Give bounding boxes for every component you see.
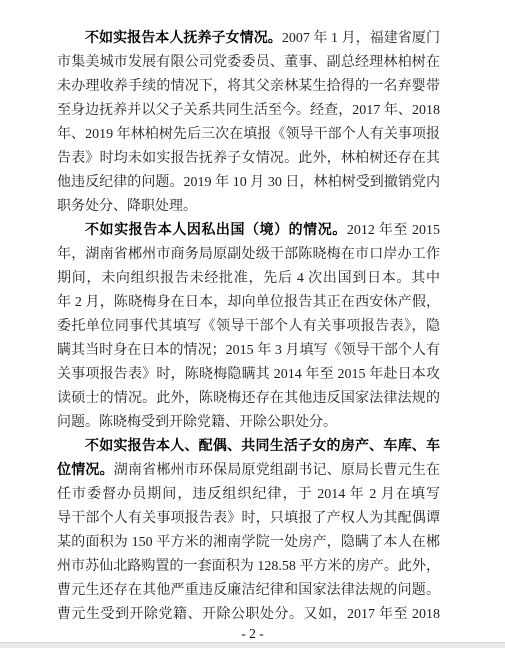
body-text: 任市委督办员期间，违反组织纪律，于 2014 年 2 月在填写《领: [57, 487, 440, 507]
text-line: 至身边抚养并以父子关系共同生活至今。经查，2017 年、2018: [57, 99, 440, 123]
text-line: 委托单位同事代其填写《领导干部个人有关事项报告表》，隐: [57, 315, 440, 339]
body-text: 年 2 月，陈晓梅身在日本，却向单位报告其正在西安休产假，: [57, 295, 440, 310]
body-text: 职务处分、降职处理。: [57, 199, 197, 214]
body-text: 至身边抚养并以父子关系共同生活至今。经查，2017 年、2018: [57, 103, 440, 118]
body-text: 他违反纪律的问题。2019 年 10 月 30 日，林柏树受到撤销党内: [57, 175, 440, 190]
text-line: 问题。陈晓梅受到开除党籍、开除公职处分。: [57, 411, 440, 435]
text-line: 告表》时均未如实报告抚养子女情况。此外，林柏树还存在其: [57, 147, 440, 171]
body-text: 委托单位同事代其填写《领导干部个人有关事项报告表》，隐: [57, 319, 440, 334]
paragraph-2: 不如实报告本人因私出国（境）的情况。2012 年至 2015年，湖南省郴州市商务…: [57, 219, 440, 435]
body-text: 年，湖南省郴州市商务局原副处级干部陈晓梅在市口岸办工作: [57, 247, 440, 262]
text-line: 某的面积为 150 平方米的湘南学院一处房产，隐瞒了本人在郴: [57, 531, 440, 555]
body-text: 曹元生受到开除党籍、开除公职处分。又如，2017 年至 2018: [57, 607, 440, 622]
body-text: 市集美城市发展有限公司党委委员、董事、副总经理林柏树在: [57, 55, 440, 70]
body-text: 2012 年至 2015: [347, 223, 440, 238]
text-line: 读硕士的情况。此外，陈晓梅还存在其他违反国家法律法规的: [57, 387, 440, 411]
text-line: 曹元生受到开除党籍、开除公职处分。又如，2017 年至 2018: [57, 603, 440, 627]
body-text: 湖南省郴州市环保局原党组副书记、原局长曹元生在: [114, 463, 440, 478]
text-line: 不如实报告本人抚养子女情况。2007 年 1 月，福建省厦门: [57, 27, 440, 51]
text-line: 瞒其当时身在日本的情况；2015 年 3 月填写《领导干部个人有: [57, 339, 440, 363]
viewer-bottom-edge: [0, 642, 505, 648]
body-text: 2007 年 1 月，福建省厦门: [282, 31, 440, 46]
body-text: 未办理收养手续的情况下，将其父亲林某生拾得的一名弃婴带: [57, 79, 440, 94]
text-line: 导干部个人有关事项报告表》时，只填报了产权人为其配偶谭: [57, 507, 440, 531]
body-text: 州市苏仙北路购置的一套面积为 128.58 平方米的房产。此外，: [57, 559, 440, 574]
page-number: - 2 -: [0, 626, 505, 642]
text-line: 他违反纪律的问题。2019 年 10 月 30 日，林柏树受到撤销党内: [57, 171, 440, 195]
bold-lead-text: 位情况。: [57, 463, 114, 478]
text-line: 任市委督办员期间，违反组织纪律，于 2014 年 2 月在填写《领: [57, 483, 440, 507]
bold-lead-text: 不如实报告本人因私出国（境）的情况。: [85, 223, 347, 238]
body-text: 读硕士的情况。此外，陈晓梅还存在其他违反国家法律法规的: [57, 391, 440, 406]
body-text: 问题。陈晓梅受到开除党籍、开除公职处分。: [57, 415, 337, 430]
text-line: 年，湖南省郴州市商务局原副处级干部陈晓梅在市口岸办工作: [57, 243, 440, 267]
text-line: 不如实报告本人因私出国（境）的情况。2012 年至 2015: [57, 219, 440, 243]
body-text: 告表》时均未如实报告抚养子女情况。此外，林柏树还存在其: [57, 151, 440, 166]
body-text: 年、2019 年林柏树先后三次在填报《领导干部个人有关事项报: [57, 127, 440, 142]
text-line: 未办理收养手续的情况下，将其父亲林某生拾得的一名弃婴带: [57, 75, 440, 99]
paragraph-3: 不如实报告本人、配偶、共同生活子女的房产、车库、车位情况。湖南省郴州市环保局原党…: [57, 435, 440, 627]
text-line: 期间，未向组织报告未经批准，先后 4 次出国到日本。其中 2014: [57, 267, 440, 291]
bold-lead-text: 不如实报告本人、配偶、共同生活子女的房产、车库、车: [85, 439, 440, 454]
body-text: 曹元生还存在其他严重违反廉洁纪律和国家法律法规的问题。: [57, 583, 440, 598]
body-text: 期间，未向组织报告未经批准，先后 4 次出国到日本。其中 2014: [57, 271, 440, 291]
document-body: 不如实报告本人抚养子女情况。2007 年 1 月，福建省厦门市集美城市发展有限公…: [57, 27, 440, 627]
body-text: 瞒其当时身在日本的情况；2015 年 3 月填写《领导干部个人有: [57, 343, 440, 358]
text-line: 位情况。湖南省郴州市环保局原党组副书记、原局长曹元生在: [57, 459, 440, 483]
bold-lead-text: 不如实报告本人抚养子女情况。: [85, 31, 282, 46]
text-line: 年、2019 年林柏树先后三次在填报《领导干部个人有关事项报: [57, 123, 440, 147]
text-line: 曹元生还存在其他严重违反廉洁纪律和国家法律法规的问题。: [57, 579, 440, 603]
paragraph-1: 不如实报告本人抚养子女情况。2007 年 1 月，福建省厦门市集美城市发展有限公…: [57, 27, 440, 219]
text-line: 不如实报告本人、配偶、共同生活子女的房产、车库、车: [57, 435, 440, 459]
body-text: 导干部个人有关事项报告表》时，只填报了产权人为其配偶谭: [57, 511, 440, 526]
body-text: 关事项报告表》时，陈晓梅隐瞒其 2014 年至 2015 年赴日本攻: [57, 367, 440, 382]
text-line: 关事项报告表》时，陈晓梅隐瞒其 2014 年至 2015 年赴日本攻: [57, 363, 440, 387]
body-text: 某的面积为 150 平方米的湘南学院一处房产，隐瞒了本人在郴: [57, 535, 440, 550]
text-line: 市集美城市发展有限公司党委委员、董事、副总经理林柏树在: [57, 51, 440, 75]
text-line: 州市苏仙北路购置的一套面积为 128.58 平方米的房产。此外，: [57, 555, 440, 579]
document-page: 不如实报告本人抚养子女情况。2007 年 1 月，福建省厦门市集美城市发展有限公…: [0, 0, 505, 648]
text-line: 年 2 月，陈晓梅身在日本，却向单位报告其正在西安休产假，: [57, 291, 440, 315]
text-line: 职务处分、降职处理。: [57, 195, 440, 219]
